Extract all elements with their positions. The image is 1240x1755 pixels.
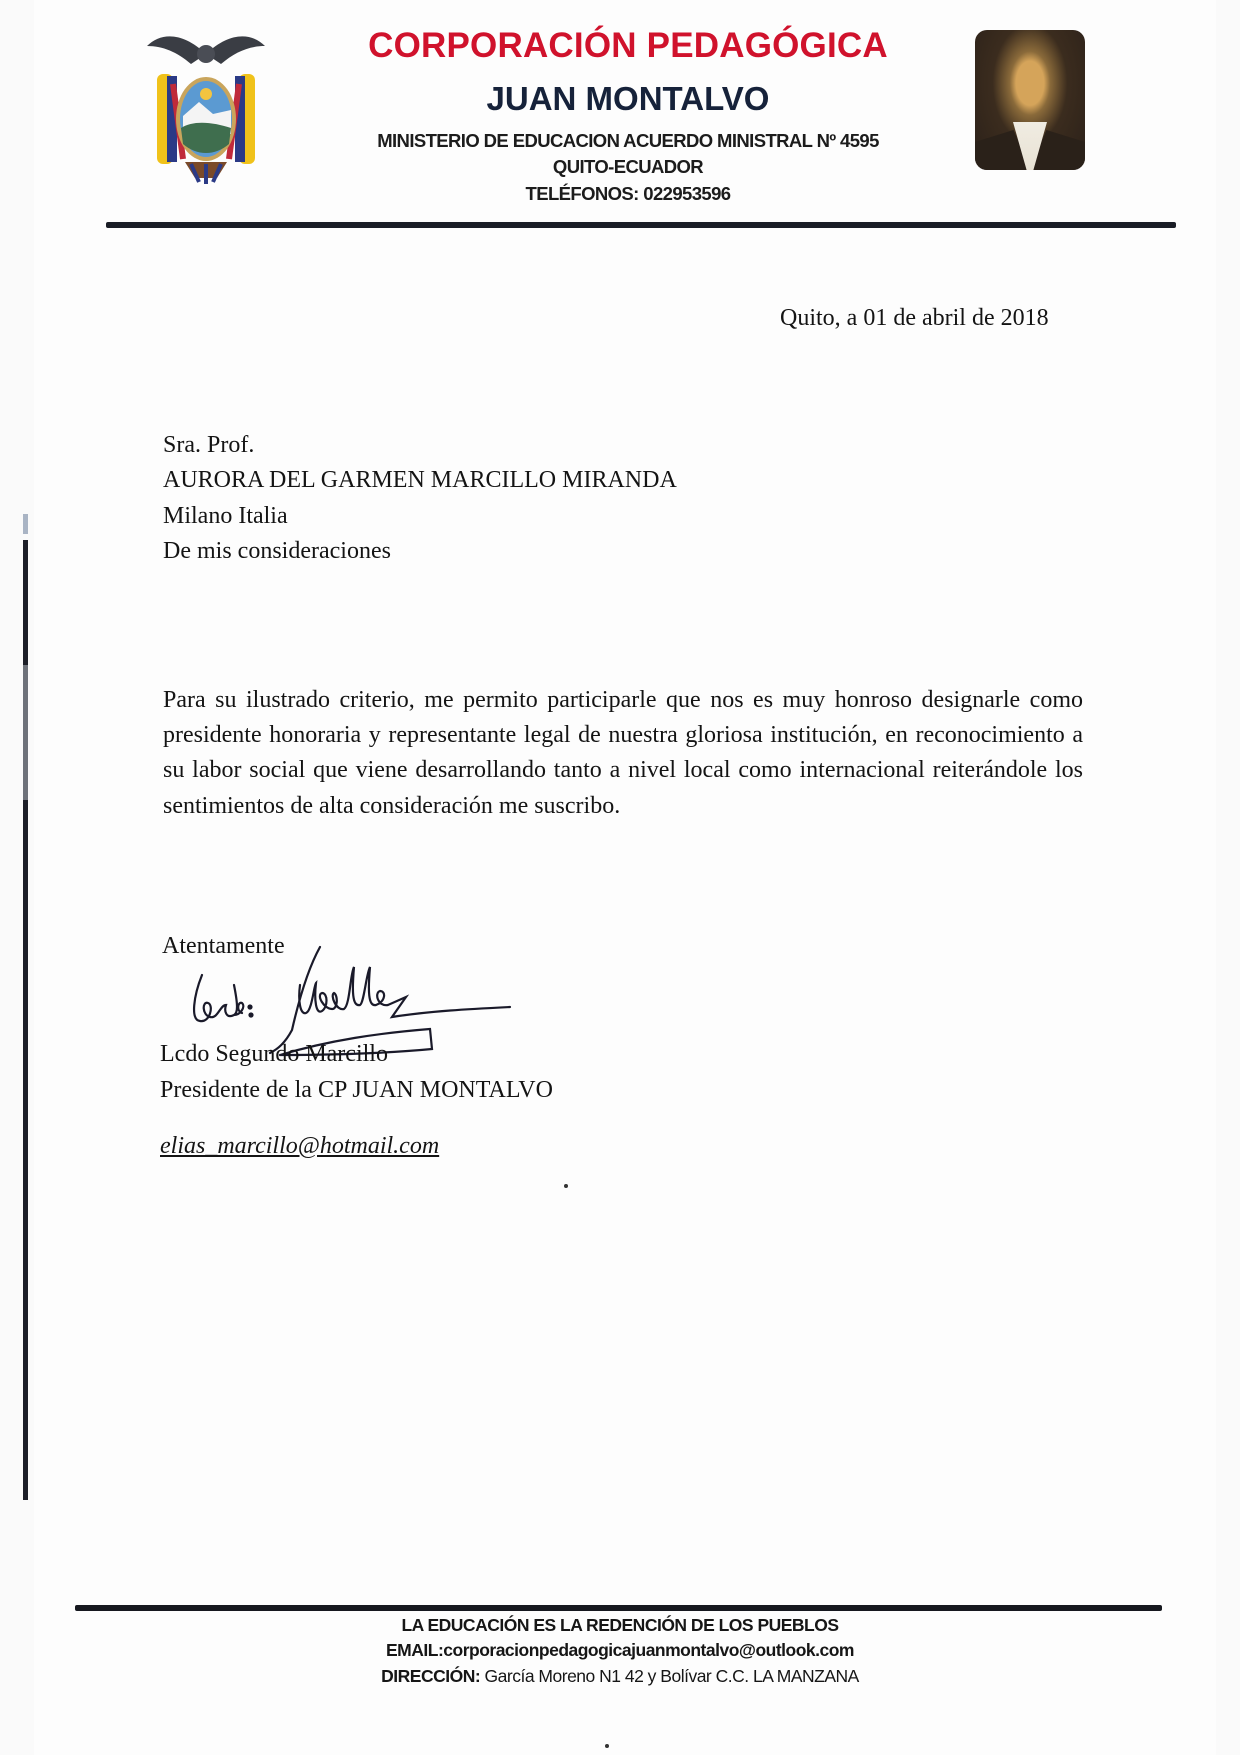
signer-name: Lcdo Segundo Marcillo bbox=[160, 1041, 388, 1068]
signer-role: Presidente de la CP JUAN MONTALVO bbox=[160, 1077, 553, 1104]
letter-page bbox=[34, 0, 1216, 1755]
scan-speck bbox=[605, 1744, 609, 1748]
header-divider bbox=[106, 222, 1176, 228]
scan-speck bbox=[564, 1184, 568, 1188]
letter-body: Para su ilustrado criterio, me permito p… bbox=[163, 683, 1083, 824]
footer-address-value: García Moreno N1 42 y Bolívar C.C. LA MA… bbox=[485, 1666, 859, 1686]
recipient-location: Milano Italia bbox=[163, 503, 288, 530]
phones-line: TELÉFONOS: 022953596 bbox=[0, 183, 1240, 205]
scan-edge-artifact bbox=[23, 665, 28, 800]
recipient-title: Sra. Prof. bbox=[163, 432, 254, 459]
footer-motto: LA EDUCACIÓN ES LA REDENCIÓN DE LOS PUEB… bbox=[0, 1615, 1240, 1636]
organization-name: JUAN MONTALVO bbox=[0, 80, 1240, 118]
scan-edge-artifact bbox=[23, 514, 28, 534]
city-line: QUITO-ECUADOR bbox=[0, 156, 1240, 178]
footer-email: EMAIL:corporacionpedagogicajuanmontalvo@… bbox=[0, 1640, 1240, 1661]
footer-address: DIRECCIÓN: García Moreno N1 42 y Bolívar… bbox=[0, 1666, 1240, 1687]
signer-email-link[interactable]: elias_marcillo@hotmail.com bbox=[160, 1133, 439, 1160]
footer-divider bbox=[75, 1605, 1162, 1611]
ministry-line: MINISTERIO DE EDUCACION ACUERDO MINISTRA… bbox=[0, 130, 1240, 152]
footer-address-label: DIRECCIÓN: bbox=[381, 1666, 480, 1686]
organization-title: CORPORACIÓN PEDAGÓGICA bbox=[0, 26, 1240, 66]
salutation: De mis consideraciones bbox=[163, 538, 391, 565]
recipient-name: AURORA DEL GARMEN MARCILLO MIRANDA bbox=[163, 467, 677, 494]
letter-date: Quito, a 01 de abril de 2018 bbox=[780, 305, 1049, 332]
